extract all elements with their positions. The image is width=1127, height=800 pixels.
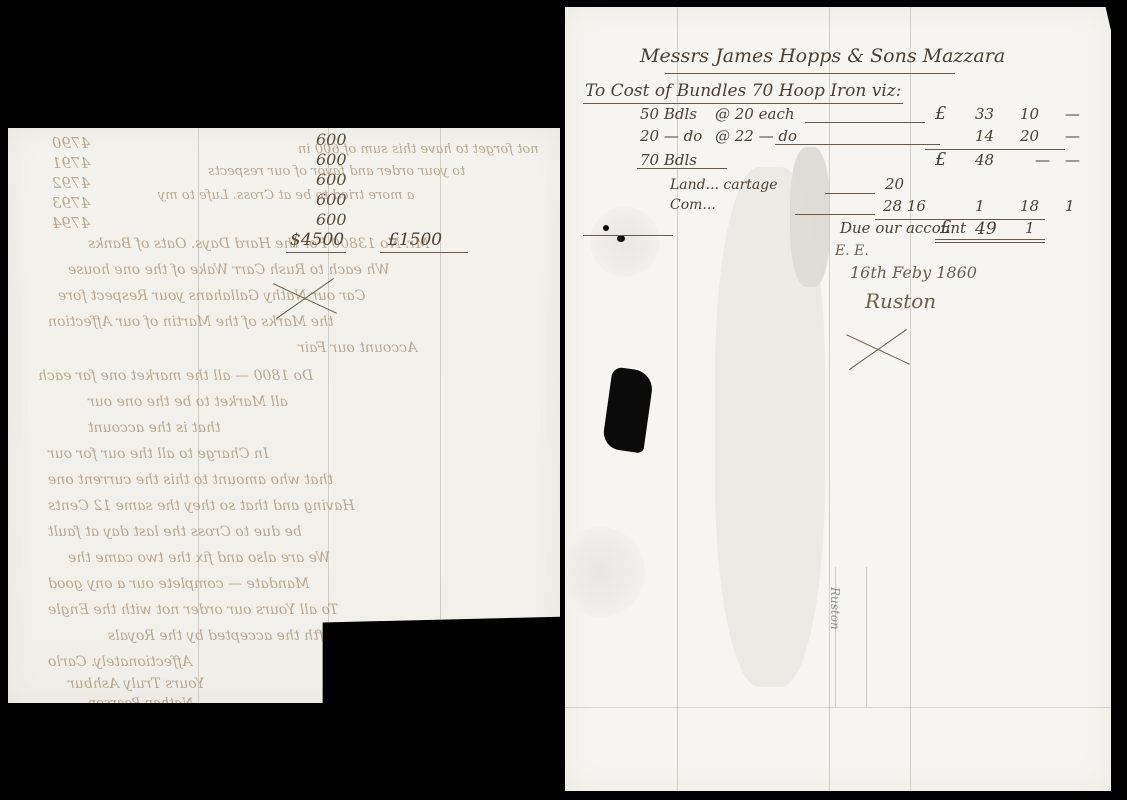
item-qty: 20 — do [640,127,702,145]
fold-line [440,128,441,703]
amount-c: — [1065,105,1080,123]
seal-hole [601,366,654,453]
right-invoice-panel: Messrs James Hopps & Sons Mazzara To Cos… [565,7,1111,791]
wax-seal-residue [590,207,660,277]
total-underline [286,252,346,253]
margin-note: Ruston [828,587,842,630]
mirrored-line: all Market to be the one our [88,394,288,410]
date-line: 16th Feby 1860 [850,263,977,282]
fold-line [829,7,830,791]
item-rate: @ 22 — do [715,127,797,145]
mirrored-line: a more tried to be at Cross. Lufe to my [158,188,414,203]
ledger-number: 4790 [52,134,90,152]
wax-seal-residue [555,527,645,617]
charge-value: 20 [885,175,904,193]
addressee: Messrs James Hopps & Sons Mazzara [640,45,1005,67]
fold-line [565,707,1111,708]
ledger-number: 4791 [52,154,90,172]
mirrored-line: Mr. No 13800 For the Hard Days. Oats of … [88,236,429,252]
margin-strip: Ruston [835,567,867,707]
mirrored-line: Affectionately. Carlo [48,654,192,670]
fold-line [910,7,911,791]
ink-blot [603,225,609,231]
charge-label: Land... cartage [670,177,778,193]
item-rate: @ 20 each [715,105,795,123]
total-double-underline [935,242,1045,243]
amount-a: 1 [975,197,985,215]
total-amount: 49 [975,219,997,239]
leader-line [795,214,875,215]
leader-line [825,193,875,194]
ledger-number: 4793 [52,194,90,212]
signature: Ruston [865,289,936,313]
mirrored-line: that is the account [88,420,221,436]
mirrored-line: To all Yours our order not with the Engl… [48,602,338,618]
cross-mark [843,329,913,369]
mirrored-line: the Marks of the Martin of our Affection [48,314,334,330]
addressee-underline [665,73,955,74]
amount-b: 18 [1020,197,1039,215]
charge-label: Com... [670,197,716,213]
mirrored-line: Mandate — complete our a ony good [48,576,309,592]
mirrored-line: be due to Cross the last day at fault [48,524,302,540]
total-currency: £ [940,217,951,238]
item-qty: 70 Bdls [640,151,697,169]
currency: £ [935,103,946,124]
ledger-number: 4794 [52,214,90,232]
amount-c: — [1065,151,1080,169]
mirrored-line: that who amount to this the current one [48,472,333,488]
amount-b: — [1035,151,1050,169]
item-qty: 50 Bdls [640,105,697,123]
amount-c: 1 [1065,197,1075,215]
amount: 600 [316,210,347,229]
amount-a: 33 [975,105,994,123]
total-underline [380,252,468,253]
invoice-heading: To Cost of Bundles 70 Hoop Iron viz: [585,81,901,101]
amount-a: 14 [975,127,994,145]
fold-line [677,7,678,791]
errors-excepted: E. E. [835,243,869,259]
paper-overlay [715,167,825,687]
mirrored-line: to your order and favor of our respects [208,164,465,179]
total-fraction: 1 [1025,219,1035,237]
mirrored-line: Do 1800 — all the market one far each [38,368,313,384]
mirrored-line: Fifth the accepted by the Royals [108,628,338,644]
amount-b: 10 [1020,105,1039,123]
ink-blot [617,235,625,242]
leader-line [583,235,673,236]
amount-a: 48 [975,151,994,169]
mirrored-line: Having and that so they the same 12 Cent… [48,498,355,514]
leader-line [775,144,940,145]
amount-b: 20 [1020,127,1039,145]
qty-underline [637,168,727,169]
mirrored-line: not forget to have this sum of 600 in [298,142,539,157]
mirrored-line: Yours Truly Ashbur [68,676,205,692]
charge-value: 28 16 [883,197,926,215]
ledger-number: 4792 [52,174,90,192]
currency: £ [935,149,946,170]
leader-line [805,122,925,123]
mirrored-line: Nathan Pearson [88,696,194,711]
mirrored-line: Car our Nathy Gallahans your Respect for… [58,288,366,304]
mirrored-line: We are also and fix the two came the [68,550,330,566]
heading-underline [583,103,903,104]
left-letter-panel: 4790 4791 4792 4793 4794 600 600 600 600… [8,128,560,703]
mirrored-line: Account our Fair [298,340,417,356]
total-underline [935,239,1045,240]
mirrored-line: Wh each to Rush Carr Wake of the one hou… [68,262,390,278]
amount-c: — [1065,127,1080,145]
mirrored-line: In Charge to all the our for our [48,446,269,462]
